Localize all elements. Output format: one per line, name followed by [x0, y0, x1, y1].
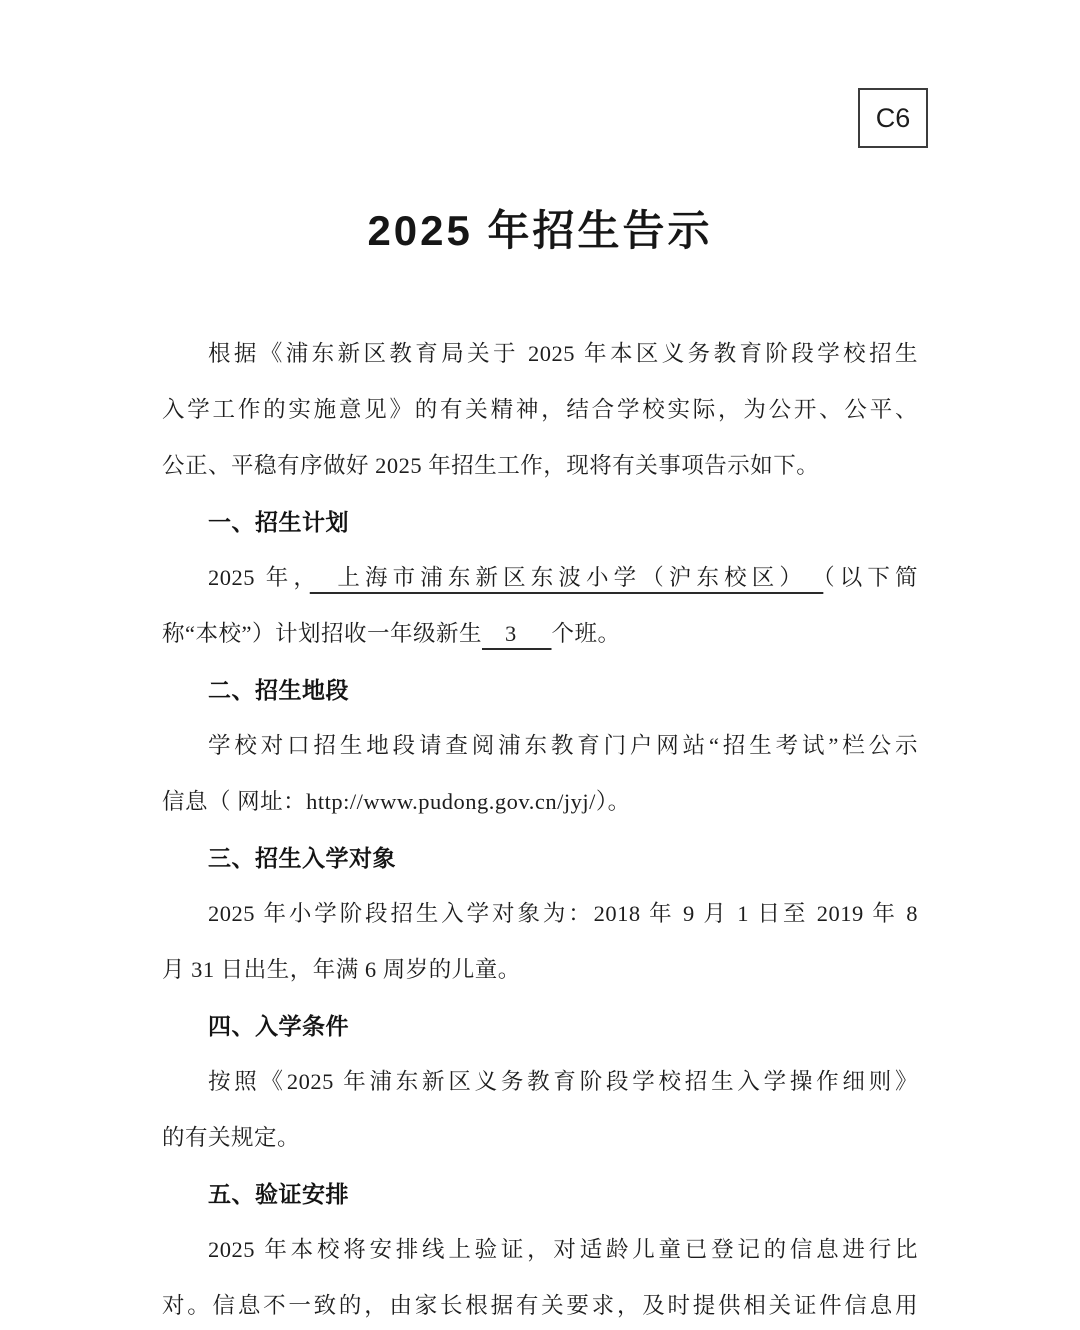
text-segment: 公正、平稳有序做好 2025 年招生工作，现将有关事项告示如下。 — [162, 453, 819, 478]
text-segment: 五、验证安排 — [208, 1181, 349, 1207]
page-code-label: C6 — [876, 103, 911, 134]
text-segment: 2025 年， — [208, 565, 310, 590]
section-heading: 一、招生计划 — [162, 494, 918, 550]
text-line: 2025 年本校将安排线上验证，对适龄儿童已登记的信息进行比 — [162, 1222, 918, 1278]
text-line: 公正、平稳有序做好 2025 年招生工作，现将有关事项告示如下。 — [162, 438, 918, 494]
text-segment: 2025 年本校将安排线上验证，对适龄儿童已登记的信息进行比 — [208, 1237, 918, 1262]
text-segment: 按照《2025 年浦东新区义务教育阶段学校招生入学操作细则》 — [208, 1069, 918, 1094]
text-line: 2025 年小学阶段招生入学对象为：2018 年 9 月 1 日至 2019 年… — [162, 886, 918, 942]
text-line: 学校对口招生地段请查阅浦东教育门户网站“招生考试”栏公示 — [162, 718, 918, 774]
section-heading: 二、招生地段 — [162, 662, 918, 718]
text-line: 对。信息不一致的，由家长根据有关要求，及时提供相关证件信息用 — [162, 1278, 918, 1330]
text-segment: 四、入学条件 — [208, 1013, 349, 1039]
text-segment: 个班。 — [552, 621, 621, 646]
document-title: 2025 年招生告示 — [0, 198, 1080, 258]
section-heading: 五、验证安排 — [162, 1166, 918, 1222]
text-line: 月 31 日出生，年满 6 周岁的儿童。 — [162, 942, 918, 998]
section-heading: 三、招生入学对象 — [162, 830, 918, 886]
text-line: 按照《2025 年浦东新区义务教育阶段学校招生入学操作细则》 — [162, 1054, 918, 1110]
text-line: 信息（ 网址：http://www.pudong.gov.cn/jyj/）。 — [162, 774, 918, 830]
document-body: 根据《浦东新区教育局关于 2025 年本区义务教育阶段学校招生入学工作的实施意见… — [162, 326, 918, 1330]
underlined-fill-in: 上海市浦东新区东波小学（沪东校区） — [310, 565, 824, 590]
text-segment: 的有关规定。 — [162, 1125, 300, 1150]
text-segment: 2025 年小学阶段招生入学对象为：2018 年 9 月 1 日至 2019 年… — [208, 901, 918, 926]
text-line: 的有关规定。 — [162, 1110, 918, 1166]
text-segment: （以下简 — [823, 565, 918, 590]
text-line: 称“本校”）计划招收一年级新生 3 个班。 — [162, 606, 918, 662]
text-segment: 入学工作的实施意见》的有关精神，结合学校实际，为公开、公平、 — [162, 397, 918, 422]
underlined-fill-in: 3 — [482, 621, 552, 646]
text-segment: 信息（ 网址：http://www.pudong.gov.cn/jyj/）。 — [162, 789, 631, 814]
section-heading: 四、入学条件 — [162, 998, 918, 1054]
page-code-box: C6 — [858, 88, 928, 148]
text-segment: 三、招生入学对象 — [208, 845, 396, 871]
text-segment: 称“本校”）计划招收一年级新生 — [162, 621, 482, 646]
text-segment: 学校对口招生地段请查阅浦东教育门户网站“招生考试”栏公示 — [208, 733, 918, 758]
text-segment: 二、招生地段 — [208, 677, 349, 703]
text-line: 2025 年， 上海市浦东新区东波小学（沪东校区） （以下简 — [162, 550, 918, 606]
text-segment: 根据《浦东新区教育局关于 2025 年本区义务教育阶段学校招生 — [208, 341, 918, 366]
text-segment: 一、招生计划 — [208, 509, 349, 535]
document-page: C6 2025 年招生告示 根据《浦东新区教育局关于 2025 年本区义务教育阶… — [0, 0, 1080, 1330]
text-line: 入学工作的实施意见》的有关精神，结合学校实际，为公开、公平、 — [162, 382, 918, 438]
text-segment: 月 31 日出生，年满 6 周岁的儿童。 — [162, 957, 521, 982]
text-line: 根据《浦东新区教育局关于 2025 年本区义务教育阶段学校招生 — [162, 326, 918, 382]
text-segment: 对。信息不一致的，由家长根据有关要求，及时提供相关证件信息用 — [162, 1293, 918, 1318]
